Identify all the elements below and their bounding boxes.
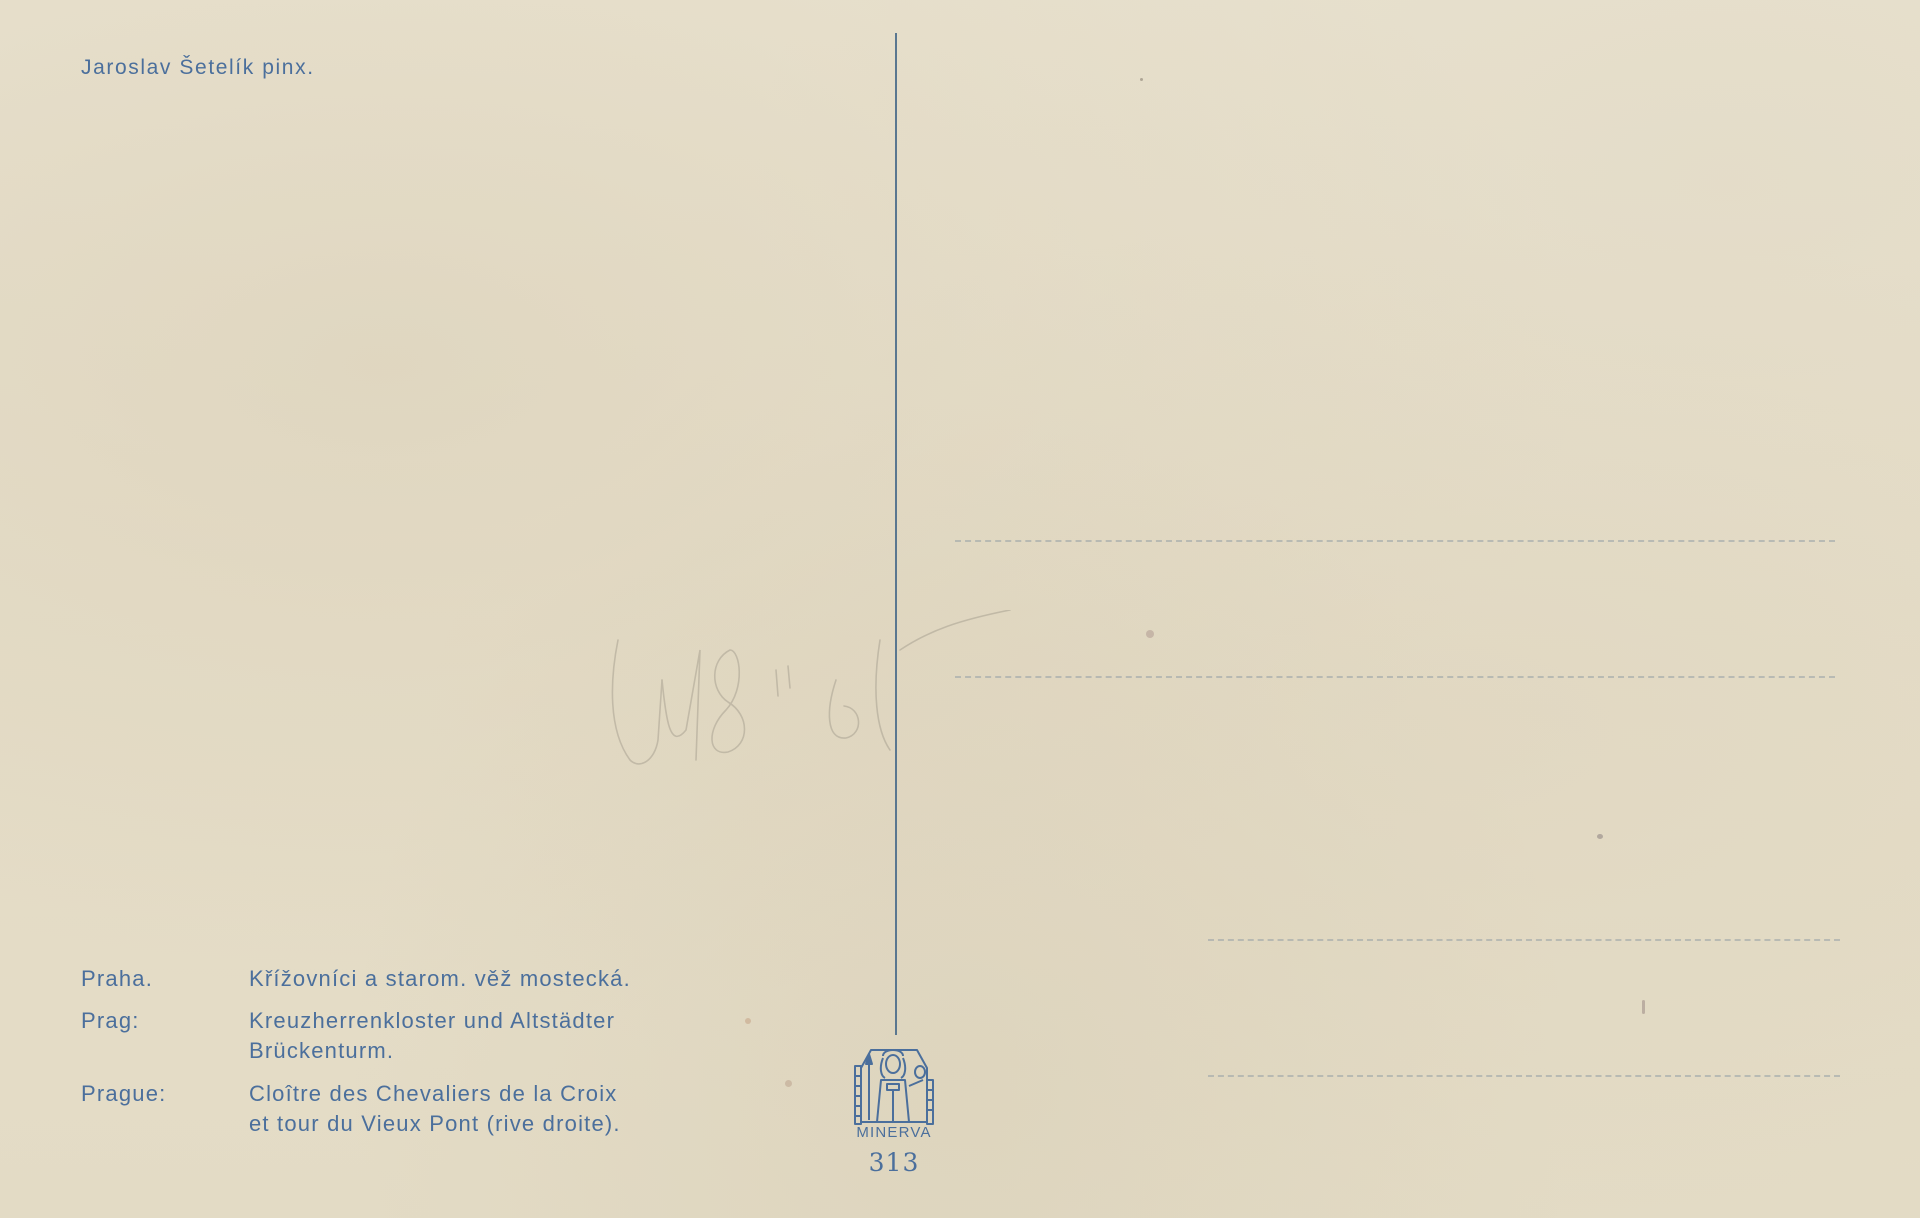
caption-language-label: Praha. bbox=[81, 964, 153, 994]
card-number: 313 bbox=[849, 1148, 939, 1177]
postcard-back: Jaroslav Šetelík pinx. Praha. Křížovníci… bbox=[0, 0, 1920, 1218]
caption-text-line: et tour du Vieux Pont (rive droite). bbox=[249, 1109, 621, 1139]
caption-text-line: Křížovníci a starom. věž mostecká. bbox=[249, 964, 631, 994]
address-line-1 bbox=[955, 540, 1835, 542]
caption-language-label: Prague: bbox=[81, 1079, 166, 1109]
address-line-4 bbox=[1208, 1075, 1840, 1077]
caption-language-label: Prag: bbox=[81, 1006, 140, 1036]
caption-text-line: Brückenturm. bbox=[249, 1036, 394, 1066]
center-divider-line bbox=[895, 33, 897, 1035]
paper-speck bbox=[1140, 78, 1143, 81]
paper-speck bbox=[1146, 630, 1154, 638]
paper-speck bbox=[785, 1080, 792, 1087]
caption-text-line: Cloître des Chevaliers de la Croix bbox=[249, 1079, 618, 1109]
artist-signature: Jaroslav Šetelík pinx. bbox=[81, 56, 315, 80]
pencil-handwriting-marks bbox=[600, 610, 1020, 780]
address-line-2 bbox=[955, 676, 1835, 678]
caption-text-line: Kreuzherrenkloster und Altstädter bbox=[249, 1006, 615, 1036]
paper-speck bbox=[745, 1018, 751, 1024]
paper-speck bbox=[1597, 834, 1603, 839]
publisher-name: MINERVA bbox=[849, 1124, 939, 1141]
address-line-3 bbox=[1208, 939, 1840, 941]
paper-speck bbox=[1642, 1000, 1645, 1014]
